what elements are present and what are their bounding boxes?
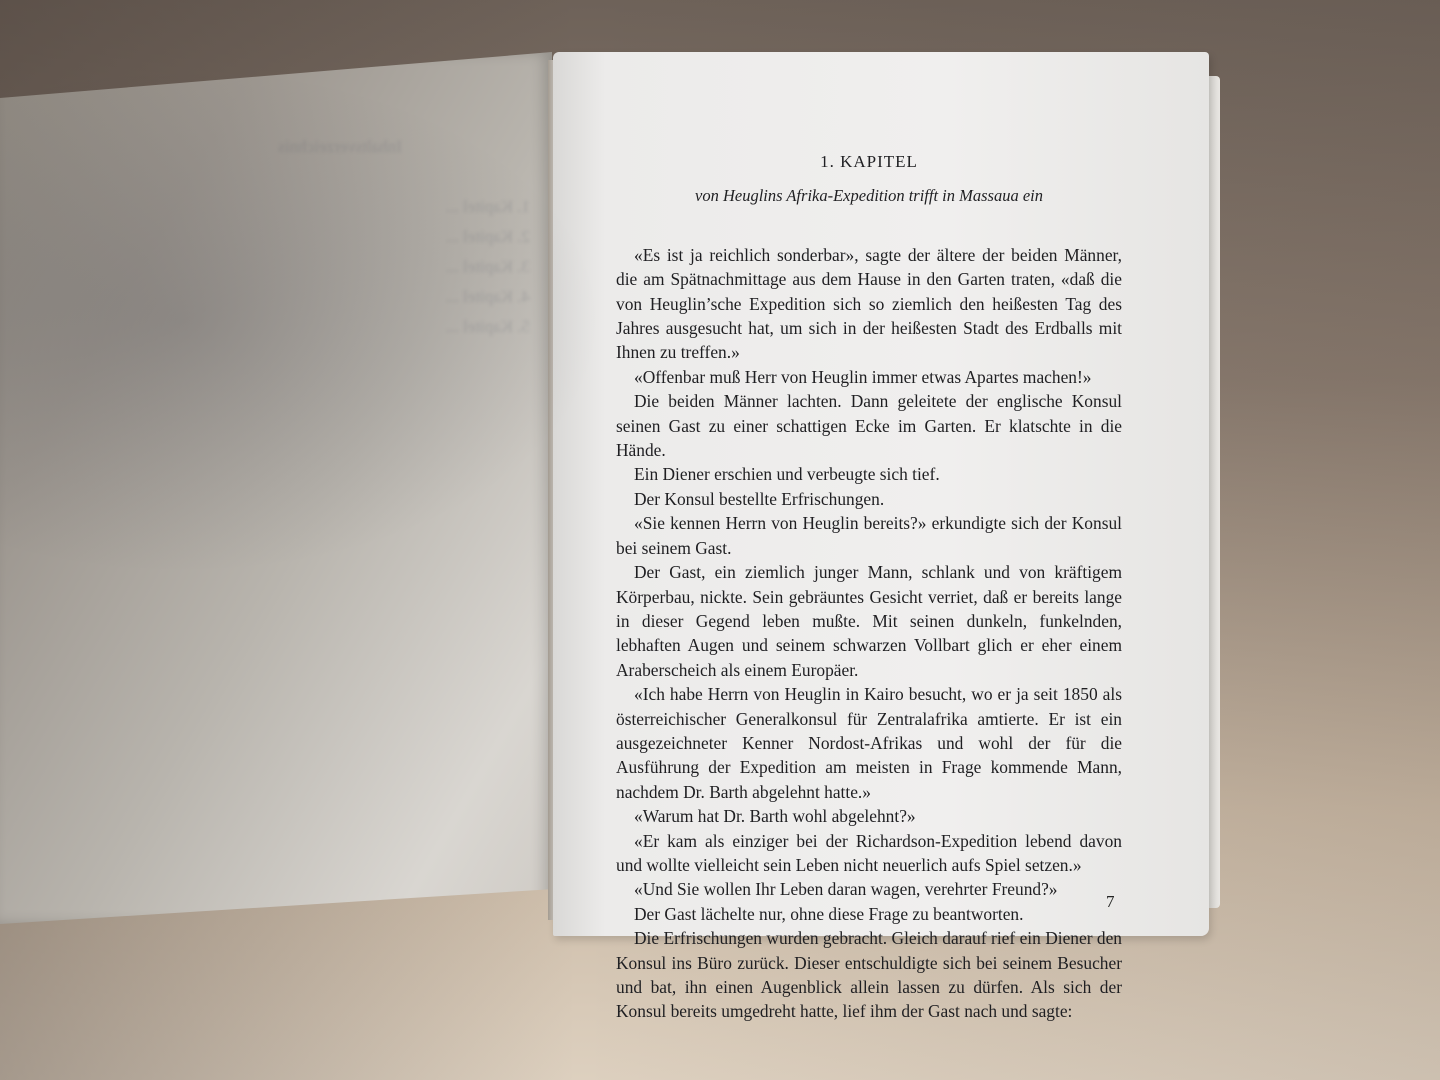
paragraph: «Ich habe Herrn von Heuglin in Kairo bes… — [616, 682, 1122, 804]
paragraph: Der Konsul bestellte Erfrischungen. — [616, 487, 1122, 511]
paragraph: Ein Diener erschien und verbeugte sich t… — [616, 462, 1122, 486]
left-page: Inhaltsverzeichnis 1. Kapitel ... 2. Kap… — [0, 52, 552, 924]
paragraph: «Offenbar muß Herr von Heuglin immer etw… — [616, 365, 1122, 389]
chapter-subtitle: von Heuglins Afrika-Expedition trifft in… — [616, 184, 1122, 208]
paragraph: «Sie kennen Herrn von Heuglin bereits?» … — [616, 511, 1122, 560]
paragraph: «Er kam als einziger bei der Richardson-… — [616, 829, 1122, 878]
paragraph: «Und Sie wollen Ihr Leben daran wagen, v… — [616, 877, 1122, 901]
paragraph: Der Gast, ein ziemlich junger Mann, schl… — [616, 560, 1122, 682]
page-number: 7 — [1106, 892, 1115, 912]
chapter-title: 1. KAPITEL — [616, 150, 1122, 174]
paragraph: Die Erfrischungen wurden gebracht. Gleic… — [616, 926, 1122, 1024]
ghost-line: 5. Kapitel ... — [150, 312, 530, 342]
page-text: 1. KAPITEL von Heuglins Afrika-Expeditio… — [616, 150, 1122, 1024]
ghost-line: Inhaltsverzeichnis — [150, 132, 530, 162]
ghost-line: 3. Kapitel ... — [150, 252, 530, 282]
paragraph: Die beiden Männer lachten. Dann geleitet… — [616, 389, 1122, 462]
paragraph: «Warum hat Dr. Barth wohl abgelehnt?» — [616, 804, 1122, 828]
show-through-text: Inhaltsverzeichnis 1. Kapitel ... 2. Kap… — [150, 132, 530, 342]
ghost-line: 2. Kapitel ... — [150, 222, 530, 252]
ghost-line: 1. Kapitel ... — [150, 192, 530, 222]
paragraph: «Es ist ja reichlich sonderbar», sagte d… — [616, 243, 1122, 365]
paragraph: Der Gast lächelte nur, ohne diese Frage … — [616, 902, 1122, 926]
ghost-line: 4. Kapitel ... — [150, 282, 530, 312]
